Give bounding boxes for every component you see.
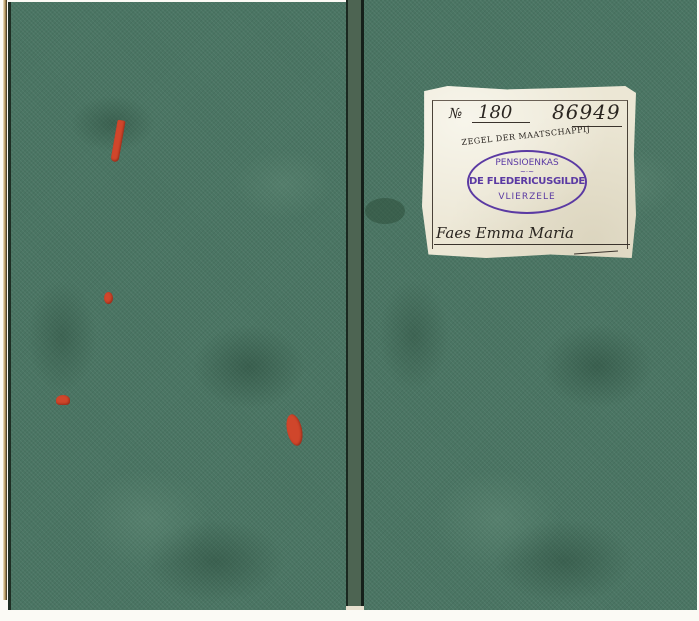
label-number: 180: [478, 102, 512, 123]
spine-foot: [346, 606, 366, 610]
flourish: [574, 250, 618, 254]
number-prefix: №: [449, 106, 462, 122]
wax-mark: [104, 292, 113, 304]
page-edge: [3, 0, 7, 600]
number-underline: [472, 122, 530, 123]
stamp-line3: VLIERZELE: [469, 192, 585, 202]
stamp-ornament: ~·~: [469, 168, 585, 176]
wax-mark: [56, 395, 70, 405]
spine: [346, 0, 366, 610]
name-underline: [434, 244, 630, 245]
stain: [365, 198, 405, 224]
purple-stamp: PENSIOENKAS ~·~ DE FLEDERICUSGILDE VLIER…: [467, 150, 587, 214]
back-cover: [8, 2, 351, 610]
stamp-line2: DE FLEDERICUSGILDE: [469, 176, 585, 187]
stamp-line1: PENSIOENKAS: [469, 158, 585, 168]
reference-number: 86949: [552, 100, 621, 124]
paper-label: № 180 86949 ZEGEL DER MAATSCHAPPIJ PENSI…: [422, 86, 636, 258]
scanned-booklet: № 180 86949 ZEGEL DER MAATSCHAPPIJ PENSI…: [0, 0, 699, 621]
holder-name: Faes Emma Maria: [436, 224, 574, 242]
